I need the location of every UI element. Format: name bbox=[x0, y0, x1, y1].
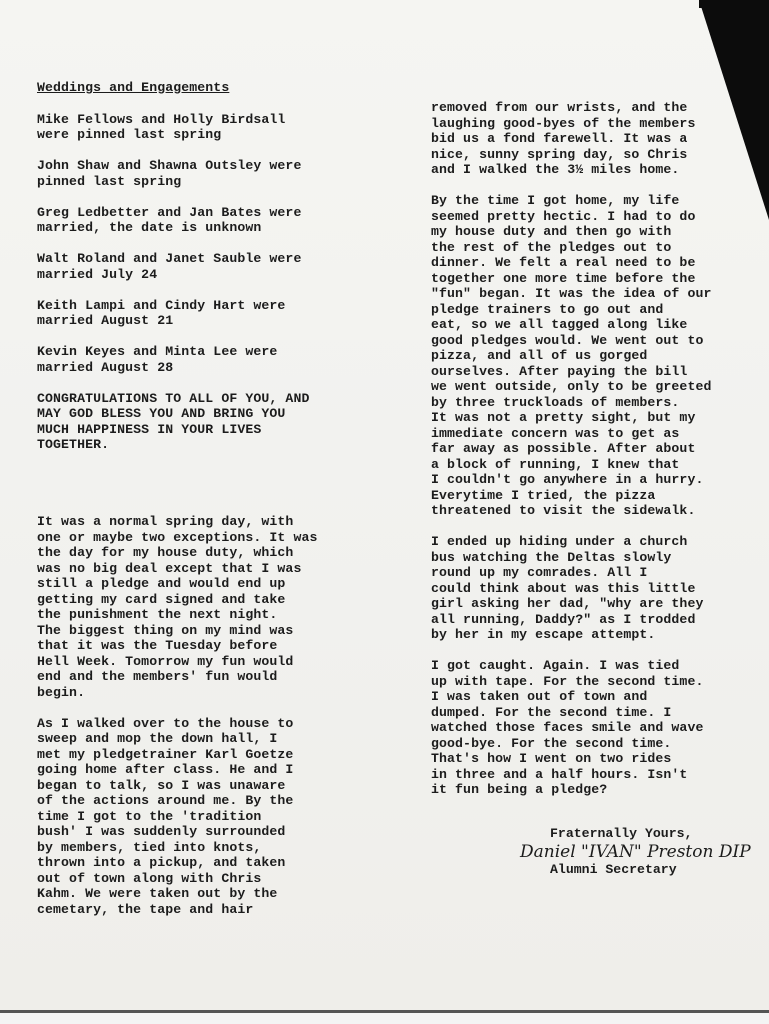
page-corner-shadow-top bbox=[699, 0, 769, 8]
story-paragraph: I ended up hiding under a church bus wat… bbox=[431, 534, 761, 643]
scan-bottom-strip bbox=[0, 1013, 769, 1024]
signature-block: Fraternally Yours, Daniel "IVAN" Preston… bbox=[520, 826, 760, 877]
story-paragraph: By the time I got home, my life seemed p… bbox=[431, 193, 761, 519]
story-paragraph: As I walked over to the house to sweep a… bbox=[37, 716, 377, 918]
handwritten-signature: Daniel "IVAN" Preston DIP bbox=[520, 842, 760, 862]
signature-title: Alumni Secretary bbox=[520, 862, 760, 878]
story-paragraph: I got caught. Again. I was tied up with … bbox=[431, 658, 761, 798]
congratulations-note: CONGRATULATIONS TO ALL OF YOU, AND MAY G… bbox=[37, 391, 377, 453]
right-column: removed from our wrists, and the laughin… bbox=[431, 100, 761, 813]
story-paragraph: removed from our wrists, and the laughin… bbox=[431, 100, 761, 178]
announcement: John Shaw and Shawna Outsley were pinned… bbox=[37, 158, 377, 189]
announcement: Kevin Keyes and Minta Lee were married A… bbox=[37, 344, 377, 375]
signature-closing: Fraternally Yours, bbox=[520, 826, 760, 842]
section-gap bbox=[37, 468, 377, 514]
announcement: Walt Roland and Janet Sauble were marrie… bbox=[37, 251, 377, 282]
section-heading: Weddings and Engagements bbox=[37, 80, 377, 96]
announcement: Mike Fellows and Holly Birdsall were pin… bbox=[37, 112, 377, 143]
announcement: Greg Ledbetter and Jan Bates were marrie… bbox=[37, 205, 377, 236]
announcement: Keith Lampi and Cindy Hart were married … bbox=[37, 298, 377, 329]
left-column: Weddings and Engagements Mike Fellows an… bbox=[37, 80, 377, 933]
story-paragraph: It was a normal spring day, with one or … bbox=[37, 514, 377, 700]
